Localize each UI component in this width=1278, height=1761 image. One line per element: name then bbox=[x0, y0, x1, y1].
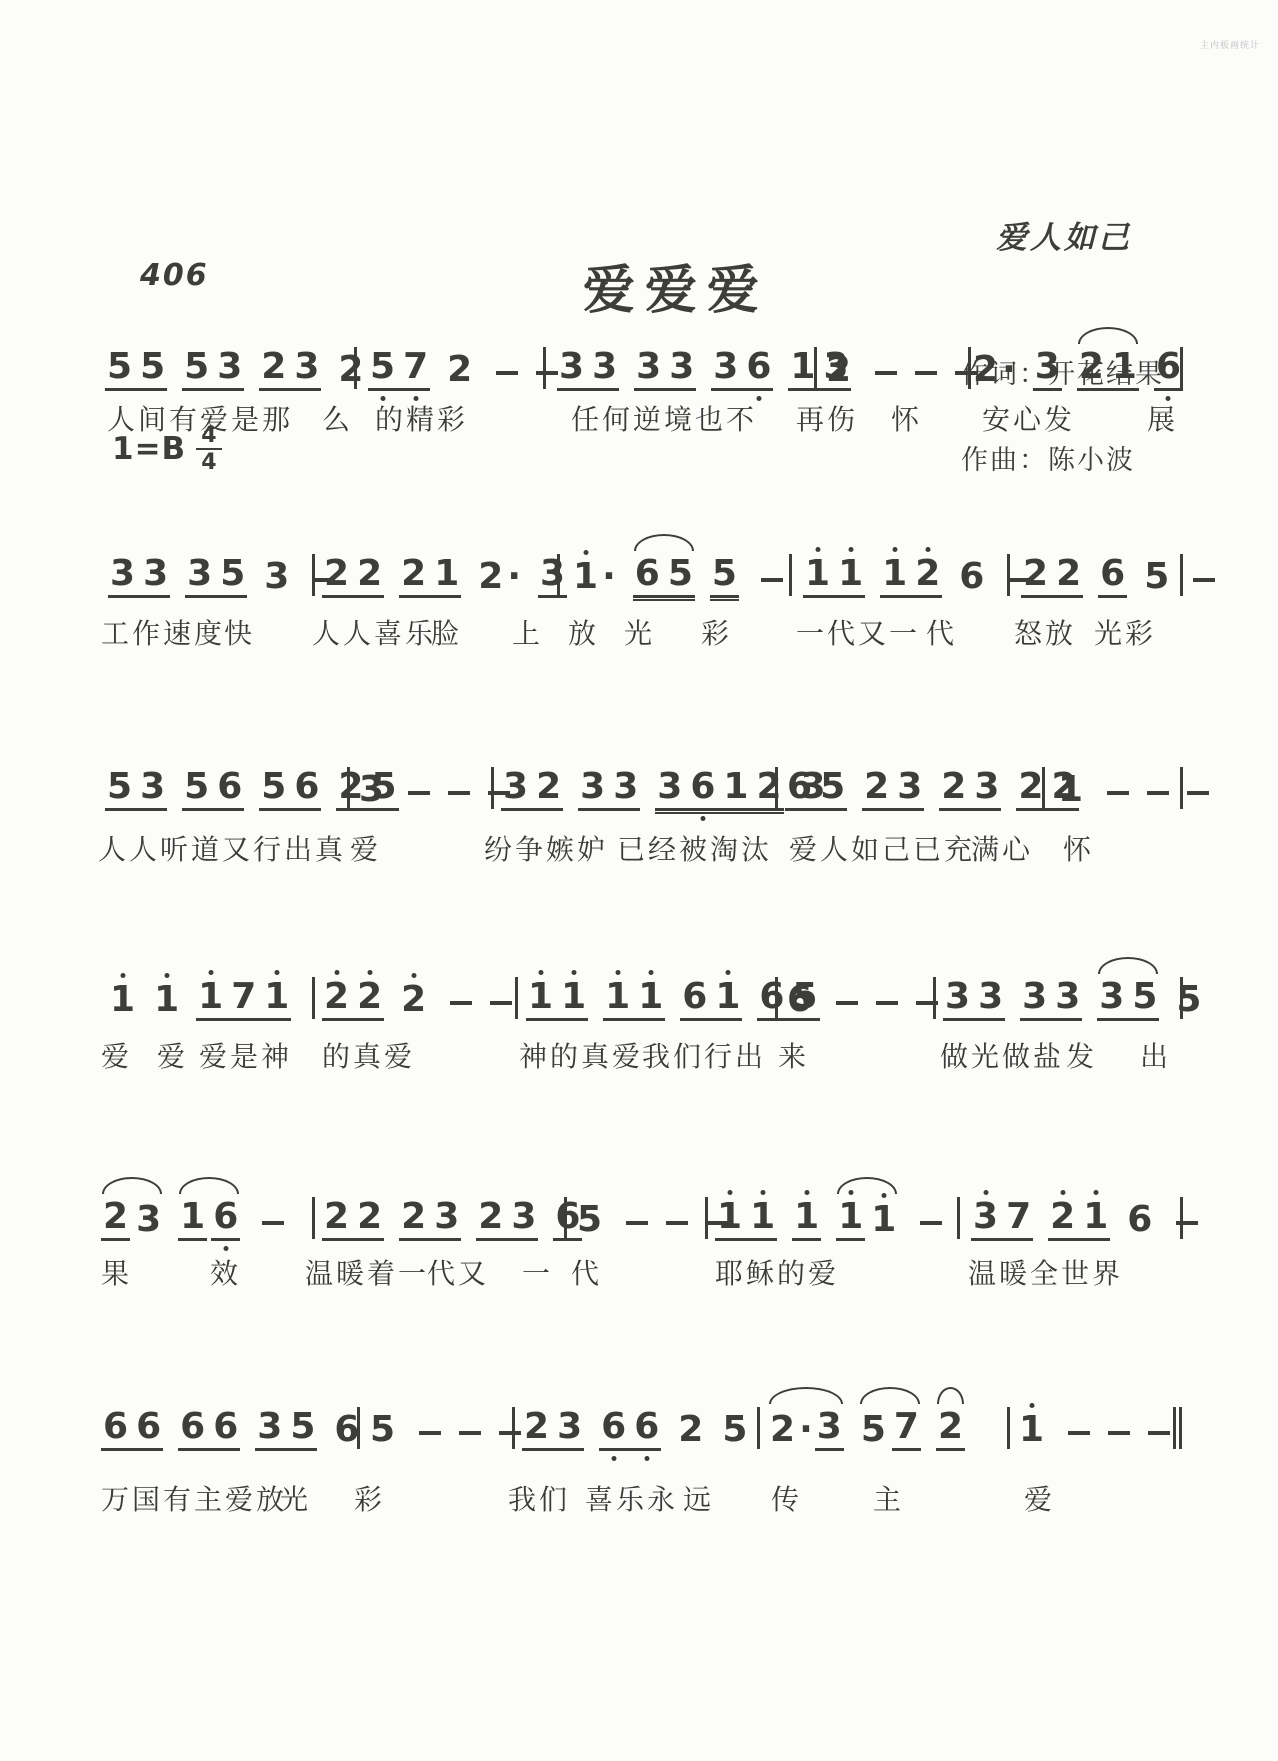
note: 1 bbox=[571, 556, 600, 598]
note: 6 bbox=[211, 1406, 240, 1448]
note: 7 bbox=[229, 976, 258, 1018]
note-group: 1 bbox=[1017, 1409, 1046, 1451]
barline bbox=[789, 554, 792, 596]
note: 6 bbox=[1154, 346, 1183, 388]
note: 3 bbox=[185, 553, 214, 595]
note-group: 33 bbox=[108, 553, 170, 598]
note: 2 bbox=[259, 346, 288, 388]
lyric-word: 已经被淘汰 bbox=[617, 828, 772, 868]
note-group: 2 bbox=[399, 979, 428, 1021]
note-group: 23 bbox=[101, 1196, 163, 1241]
note: 3 bbox=[292, 346, 321, 388]
lyric-word: 代又 bbox=[427, 1252, 489, 1292]
note: 1 bbox=[803, 553, 832, 595]
measure: 37216 bbox=[971, 1195, 1209, 1241]
note: 2 bbox=[1077, 346, 1106, 388]
measure: 3333355 bbox=[943, 975, 1218, 1021]
note-group: 1· bbox=[571, 556, 618, 598]
note-group: 56 bbox=[259, 766, 321, 811]
duration-dash bbox=[419, 1431, 441, 1435]
note: 5 bbox=[710, 553, 739, 595]
barline bbox=[775, 767, 778, 809]
measure: 1·655 bbox=[571, 552, 794, 598]
note: 6 bbox=[680, 976, 709, 1018]
note-group: 37 bbox=[971, 1196, 1033, 1241]
lyric-word: 代 bbox=[571, 1252, 602, 1292]
notation-systems: 55532325723333361322·3216人间有爱是那么的精彩任何逆境也… bbox=[95, 0, 1225, 1761]
note: 6 bbox=[134, 1406, 163, 1448]
lyric-word: 人人喜乐 bbox=[312, 612, 436, 652]
note-group: 35 bbox=[255, 1406, 317, 1451]
note-group: 5 bbox=[720, 1409, 749, 1451]
note: 6 bbox=[1125, 1199, 1154, 1241]
duration-dash bbox=[1107, 791, 1129, 795]
lyric-word: 彩 bbox=[701, 612, 732, 652]
note: 5 bbox=[368, 1409, 397, 1451]
note: 6 bbox=[957, 556, 986, 598]
lyric-word: 爱人如己已充 bbox=[789, 828, 975, 868]
duration-dash bbox=[490, 1001, 512, 1005]
note: 1 bbox=[880, 553, 909, 595]
note: 6 bbox=[633, 553, 662, 595]
note-group: 65 bbox=[633, 553, 695, 598]
note: 1 bbox=[559, 976, 588, 1018]
note: 5 bbox=[1142, 556, 1171, 598]
lyric-word: 任何逆境也不 bbox=[571, 398, 757, 438]
note-group: 12 bbox=[880, 553, 942, 598]
note-group: 22 bbox=[1021, 553, 1083, 598]
note: 5 bbox=[818, 766, 847, 808]
lyric-word: 远 bbox=[683, 1478, 714, 1518]
measure: 1 bbox=[1056, 765, 1220, 811]
note: 3 bbox=[711, 346, 740, 388]
note: 2 bbox=[824, 349, 853, 391]
note-group: 23 bbox=[522, 1406, 584, 1451]
lyric-word: 快 bbox=[224, 612, 255, 652]
barline bbox=[1180, 1197, 1183, 1239]
barline bbox=[1180, 554, 1183, 596]
note: 2 bbox=[355, 553, 384, 595]
note-group: 6 bbox=[785, 979, 814, 1021]
note: 1 bbox=[196, 976, 225, 1018]
lyric-word: 喜乐永 bbox=[585, 1478, 678, 1518]
note-group: 21 bbox=[1077, 346, 1139, 391]
note: 1 bbox=[715, 1196, 744, 1238]
note: 3 bbox=[538, 553, 567, 595]
note: 1 bbox=[108, 979, 137, 1021]
note: 3 bbox=[1053, 976, 1082, 1018]
note-group: 33 bbox=[943, 976, 1005, 1021]
note: 2 bbox=[336, 349, 365, 391]
barline bbox=[564, 1197, 567, 1239]
barline bbox=[557, 554, 560, 596]
lyric-word: 温暖全世界 bbox=[968, 1252, 1123, 1292]
note: 5 bbox=[182, 346, 211, 388]
note: 2 bbox=[399, 979, 428, 1021]
note: 5 bbox=[218, 553, 247, 595]
note: 5 bbox=[1174, 979, 1203, 1021]
note: 5 bbox=[105, 766, 134, 808]
note-group: 61 bbox=[680, 976, 742, 1021]
lyric-word: 展 bbox=[1147, 398, 1178, 438]
measure: 5553232 bbox=[105, 345, 380, 391]
barline bbox=[491, 767, 494, 809]
barline bbox=[705, 1197, 708, 1239]
duration-dash bbox=[1148, 1431, 1170, 1435]
lyric-word: 发 bbox=[1066, 1035, 1097, 1075]
note-group: 1 bbox=[1056, 769, 1085, 811]
duration-dash bbox=[459, 1431, 481, 1435]
note: 5 bbox=[368, 346, 397, 388]
note: 3 bbox=[557, 346, 586, 388]
note-group: 16 bbox=[178, 1196, 240, 1241]
music-system-4: 111712221111616563333355爱爱爱是神的真爱神的真爱我们行出… bbox=[95, 975, 1225, 1125]
note: 3 bbox=[357, 769, 386, 811]
note: 1 bbox=[1110, 346, 1139, 388]
measure: 2·3216 bbox=[971, 345, 1198, 391]
duration-dash bbox=[1068, 1431, 1090, 1435]
lyric-word: 怀 bbox=[891, 398, 922, 438]
lyric-word: 爱 bbox=[101, 1035, 132, 1075]
lyric-word: 一 bbox=[522, 1252, 553, 1292]
duration-dash bbox=[536, 371, 558, 375]
note-group: 53 bbox=[182, 346, 244, 391]
barline bbox=[312, 1197, 315, 1239]
augmentation-dot: · bbox=[797, 1409, 815, 1451]
lyric-word: 的精彩 bbox=[375, 398, 468, 438]
note: 1 bbox=[262, 976, 291, 1018]
note-group: 2 bbox=[445, 349, 474, 391]
measure: 11171 bbox=[108, 975, 306, 1021]
note-group: 35 bbox=[185, 553, 247, 598]
barline bbox=[757, 1407, 760, 1449]
note: 3 bbox=[895, 766, 924, 808]
note: 2 bbox=[355, 1196, 384, 1238]
lyric-word: 效 bbox=[210, 1252, 241, 1292]
note: 3 bbox=[1033, 346, 1062, 388]
measure: 2265 bbox=[1021, 552, 1226, 598]
note-group: 33 bbox=[1020, 976, 1082, 1021]
note: 2 bbox=[534, 766, 563, 808]
measure: 33353 bbox=[108, 552, 346, 598]
lyric-word: 光彩 bbox=[1094, 612, 1156, 652]
note: 1 bbox=[432, 553, 461, 595]
barline bbox=[968, 347, 971, 389]
note: 6 bbox=[757, 976, 786, 1018]
lyric-word: 再伤 bbox=[796, 398, 858, 438]
duration-dash bbox=[836, 1001, 858, 1005]
lyric-word: 耶稣的爱 bbox=[715, 1252, 839, 1292]
measure: 22212·3 bbox=[322, 552, 582, 598]
note: 6 bbox=[1098, 553, 1127, 595]
note-group: 55 bbox=[105, 346, 167, 391]
lyric-word: 做光做盐 bbox=[940, 1035, 1064, 1075]
measure: 33333613 bbox=[557, 345, 866, 391]
barline bbox=[1042, 767, 1045, 809]
note: 5 bbox=[575, 1199, 604, 1241]
note: 2 bbox=[355, 976, 384, 1018]
note: 1 bbox=[1081, 1196, 1110, 1238]
duration-dash bbox=[875, 371, 897, 375]
note-group: 5 bbox=[368, 1409, 397, 1451]
note: 2 bbox=[939, 766, 968, 808]
note-group: 11 bbox=[803, 553, 865, 598]
duration-dash bbox=[626, 1221, 648, 1225]
note: 2 bbox=[971, 349, 1000, 391]
note: 3 bbox=[590, 346, 619, 388]
note: 6 bbox=[211, 1196, 240, 1241]
note: 1 bbox=[178, 1196, 207, 1241]
sheet-music-page: 主内板画统计 406 爱爱爱 爱人如己 作词：开花结果 作曲：陈小波 1=B 4… bbox=[0, 0, 1278, 1761]
note-group: 2 bbox=[336, 349, 365, 391]
note-group: 23 bbox=[259, 346, 321, 391]
note-group: 66 bbox=[178, 1406, 240, 1451]
duration-dash bbox=[1108, 1431, 1130, 1435]
measure: 2316 bbox=[101, 1195, 295, 1241]
note-group: 2· bbox=[476, 556, 523, 598]
note: 1 bbox=[152, 979, 181, 1021]
note: 3 bbox=[108, 553, 137, 595]
note: 3 bbox=[634, 346, 663, 388]
note: 2 bbox=[101, 1196, 130, 1241]
note: 3 bbox=[971, 1196, 1000, 1238]
note: 2 bbox=[676, 1409, 705, 1451]
note: 1 bbox=[721, 766, 750, 808]
duration-dash bbox=[876, 1001, 898, 1005]
note-group: 33 bbox=[557, 346, 619, 391]
measure: 2 bbox=[824, 345, 988, 391]
lyric-word: 的真爱 bbox=[322, 1035, 415, 1075]
note: 3 bbox=[976, 976, 1005, 1018]
duration-dash bbox=[761, 578, 783, 582]
note-group: 2 bbox=[936, 1406, 965, 1451]
note: 2 bbox=[399, 553, 428, 595]
note: 2 bbox=[768, 1409, 797, 1451]
music-system-6: 666635652366252·35721万国有主爱放光彩我们喜乐永远传主爱 bbox=[95, 1405, 1225, 1555]
note: 6 bbox=[215, 766, 244, 808]
note-group: 23 bbox=[476, 1196, 538, 1241]
lyric-word: 出 bbox=[1140, 1035, 1171, 1075]
note-group: 11 bbox=[526, 976, 588, 1021]
note-group: 6 bbox=[1125, 1199, 1154, 1241]
note: 7 bbox=[1004, 1196, 1033, 1238]
note: 3 bbox=[1097, 976, 1126, 1018]
note-group: 23 bbox=[939, 766, 1001, 811]
note: 2 bbox=[322, 553, 351, 595]
lyric-word: 传 bbox=[771, 1478, 802, 1518]
note: 6 bbox=[178, 1406, 207, 1448]
duration-dash bbox=[496, 371, 518, 375]
lyric-word: 光 bbox=[624, 612, 655, 652]
note: 1 bbox=[836, 1196, 865, 1241]
lyric-word: 怀 bbox=[1063, 828, 1094, 868]
note-group: 66 bbox=[599, 1406, 661, 1451]
lyric-word: 安心发 bbox=[982, 398, 1075, 438]
note-group: 6 bbox=[1154, 346, 1183, 391]
augmentation-dot: · bbox=[600, 556, 618, 598]
music-system-3: 535656253323336123652323221人人听道又行出真爱纷争嫉妒… bbox=[95, 765, 1225, 915]
note: 3 bbox=[943, 976, 972, 1018]
note: 3 bbox=[501, 766, 530, 808]
lyric-line: 爱爱爱是神的真爱神的真爱我们行出来做光做盐发出 bbox=[95, 1035, 1225, 1069]
measure: 6 bbox=[785, 975, 949, 1021]
note: 3 bbox=[655, 766, 684, 808]
note: 6 bbox=[688, 766, 717, 808]
note-group: 1 bbox=[792, 1196, 821, 1241]
lyric-word: 神的真爱 bbox=[519, 1035, 643, 1075]
note: 1 bbox=[713, 976, 742, 1018]
note-group: 2· bbox=[971, 349, 1018, 391]
note: 3 bbox=[667, 346, 696, 388]
lyric-word: 工作速度 bbox=[101, 612, 225, 652]
note: 3 bbox=[972, 766, 1001, 808]
note: 7 bbox=[892, 1406, 921, 1451]
note: 3 bbox=[611, 766, 640, 808]
note: 6 bbox=[101, 1406, 130, 1448]
note-group: 36 bbox=[711, 346, 773, 391]
barline bbox=[957, 1197, 960, 1239]
barline bbox=[357, 1407, 360, 1449]
note: 1 bbox=[1017, 1409, 1046, 1451]
duration-dash bbox=[920, 1221, 942, 1225]
lyric-word: 爱是神 bbox=[199, 1035, 292, 1075]
lyric-word: 我们 bbox=[508, 1478, 570, 1518]
duration-dash bbox=[1187, 791, 1209, 795]
lyric-word: 一代又一 bbox=[796, 612, 920, 652]
note: 3 bbox=[141, 553, 170, 595]
lyric-word: 彩 bbox=[354, 1478, 385, 1518]
measure: 3 bbox=[357, 765, 521, 811]
measure: 236625 bbox=[522, 1405, 764, 1451]
note: 2 bbox=[936, 1406, 965, 1451]
note-group: 33 bbox=[634, 346, 696, 391]
note: 2 bbox=[476, 1196, 505, 1238]
lyric-word: 人人听道又行出真 bbox=[98, 828, 346, 868]
duration-dash bbox=[666, 1221, 688, 1225]
barline bbox=[933, 977, 936, 1019]
duration-dash bbox=[450, 1001, 472, 1005]
note: 3 bbox=[578, 766, 607, 808]
note-group: 56 bbox=[182, 766, 244, 811]
note: 3 bbox=[815, 1406, 844, 1451]
duration-dash bbox=[262, 1221, 284, 1225]
barline bbox=[1007, 1407, 1010, 1449]
note-group: 23 bbox=[862, 766, 924, 811]
measure: 572 bbox=[368, 345, 569, 391]
measure: 11111 bbox=[715, 1195, 953, 1241]
augmentation-dot: · bbox=[1000, 349, 1018, 391]
note: 6 bbox=[599, 1406, 628, 1448]
lyric-word: 温暖着一 bbox=[305, 1252, 429, 1292]
note-group: 11 bbox=[836, 1196, 898, 1241]
lyric-word: 万国有主爱放 bbox=[101, 1478, 287, 1518]
note-group: 32 bbox=[501, 766, 563, 811]
music-system-1: 55532325723333361322·3216人间有爱是那么的精彩任何逆境也… bbox=[95, 345, 1225, 495]
lyric-line: 人人听道又行出真爱纷争嫉妒已经被淘汰爱人如己已充满心怀 bbox=[95, 828, 1225, 862]
note-group: 6 bbox=[957, 556, 986, 598]
lyric-word: 我们行出 bbox=[642, 1035, 766, 1075]
note-group: 2·3 bbox=[768, 1406, 844, 1451]
note: 3 bbox=[432, 1196, 461, 1238]
note-group: 33 bbox=[578, 766, 640, 811]
note: 3 bbox=[1020, 976, 1049, 1018]
lyric-word: 爱 bbox=[157, 1035, 188, 1075]
lyric-word: 爱 bbox=[350, 828, 381, 868]
measure: 1 bbox=[1017, 1405, 1181, 1451]
lyric-word: 代 bbox=[926, 612, 957, 652]
note: 2 bbox=[399, 1196, 428, 1238]
note: 2 bbox=[754, 766, 783, 808]
duration-dash bbox=[1147, 791, 1169, 795]
note: 2 bbox=[322, 1196, 351, 1238]
note: 6 bbox=[785, 979, 814, 1021]
measure: 65232322 bbox=[785, 765, 1094, 811]
note-group: 66 bbox=[101, 1406, 163, 1451]
note: 3 bbox=[215, 346, 244, 388]
note: 5 bbox=[138, 346, 167, 388]
note: 5 bbox=[288, 1406, 317, 1448]
note: 2 bbox=[913, 553, 942, 595]
measure: 2·3572 bbox=[768, 1405, 980, 1451]
measure: 2223236 bbox=[322, 1195, 597, 1241]
lyric-line: 人间有爱是那么的精彩任何逆境也不再伤怀安心发展 bbox=[95, 398, 1225, 432]
note: 3 bbox=[509, 1196, 538, 1238]
note-group: 1 bbox=[108, 979, 137, 1021]
note-group: 1 bbox=[152, 979, 181, 1021]
note: 2 bbox=[862, 766, 891, 808]
lyric-line: 果效温暖着一代又一代耶稣的爱温暖全世界 bbox=[95, 1252, 1225, 1286]
note-group: 57 bbox=[368, 346, 430, 391]
barline bbox=[543, 347, 546, 389]
note-group: 2 bbox=[824, 349, 853, 391]
note: 7 bbox=[401, 346, 430, 388]
note: 1 bbox=[836, 553, 865, 595]
note: 2 bbox=[322, 976, 351, 1018]
note-group: 5 bbox=[1174, 979, 1203, 1021]
barline bbox=[814, 347, 817, 389]
note-group: 3 bbox=[262, 556, 291, 598]
barline bbox=[347, 767, 350, 809]
barline bbox=[515, 977, 518, 1019]
note-group: 171 bbox=[196, 976, 291, 1021]
lyric-word: 主 bbox=[873, 1478, 904, 1518]
music-system-5: 2316222323651111137216果效温暖着一代又一代耶稣的爱温暖全世… bbox=[95, 1195, 1225, 1345]
note-group: 53 bbox=[105, 766, 167, 811]
barline bbox=[312, 554, 315, 596]
note: 5 bbox=[182, 766, 211, 808]
note-group: 3612 bbox=[655, 766, 783, 811]
note: 6 bbox=[744, 346, 773, 388]
note: 2 bbox=[476, 556, 505, 598]
lyric-word: 纷争嫉妒 bbox=[484, 828, 608, 868]
duration-dash bbox=[499, 1431, 521, 1435]
barline bbox=[1180, 347, 1183, 389]
lyric-word: 来 bbox=[778, 1035, 809, 1075]
note: 2 bbox=[1054, 553, 1083, 595]
lyric-word: 人间有爱是那 bbox=[107, 398, 293, 438]
augmentation-dot: · bbox=[505, 556, 523, 598]
note: 5 bbox=[666, 553, 695, 595]
note: 6 bbox=[785, 766, 814, 808]
lyric-word: 满心 bbox=[971, 828, 1033, 868]
barline bbox=[312, 977, 315, 1019]
note-group: 6 bbox=[1098, 553, 1127, 598]
lyric-word: 怒放 bbox=[1014, 612, 1076, 652]
note: 1 bbox=[792, 1196, 821, 1238]
note-group: 57 bbox=[859, 1406, 921, 1451]
measure: 5 bbox=[368, 1405, 532, 1451]
duration-dash bbox=[915, 371, 937, 375]
